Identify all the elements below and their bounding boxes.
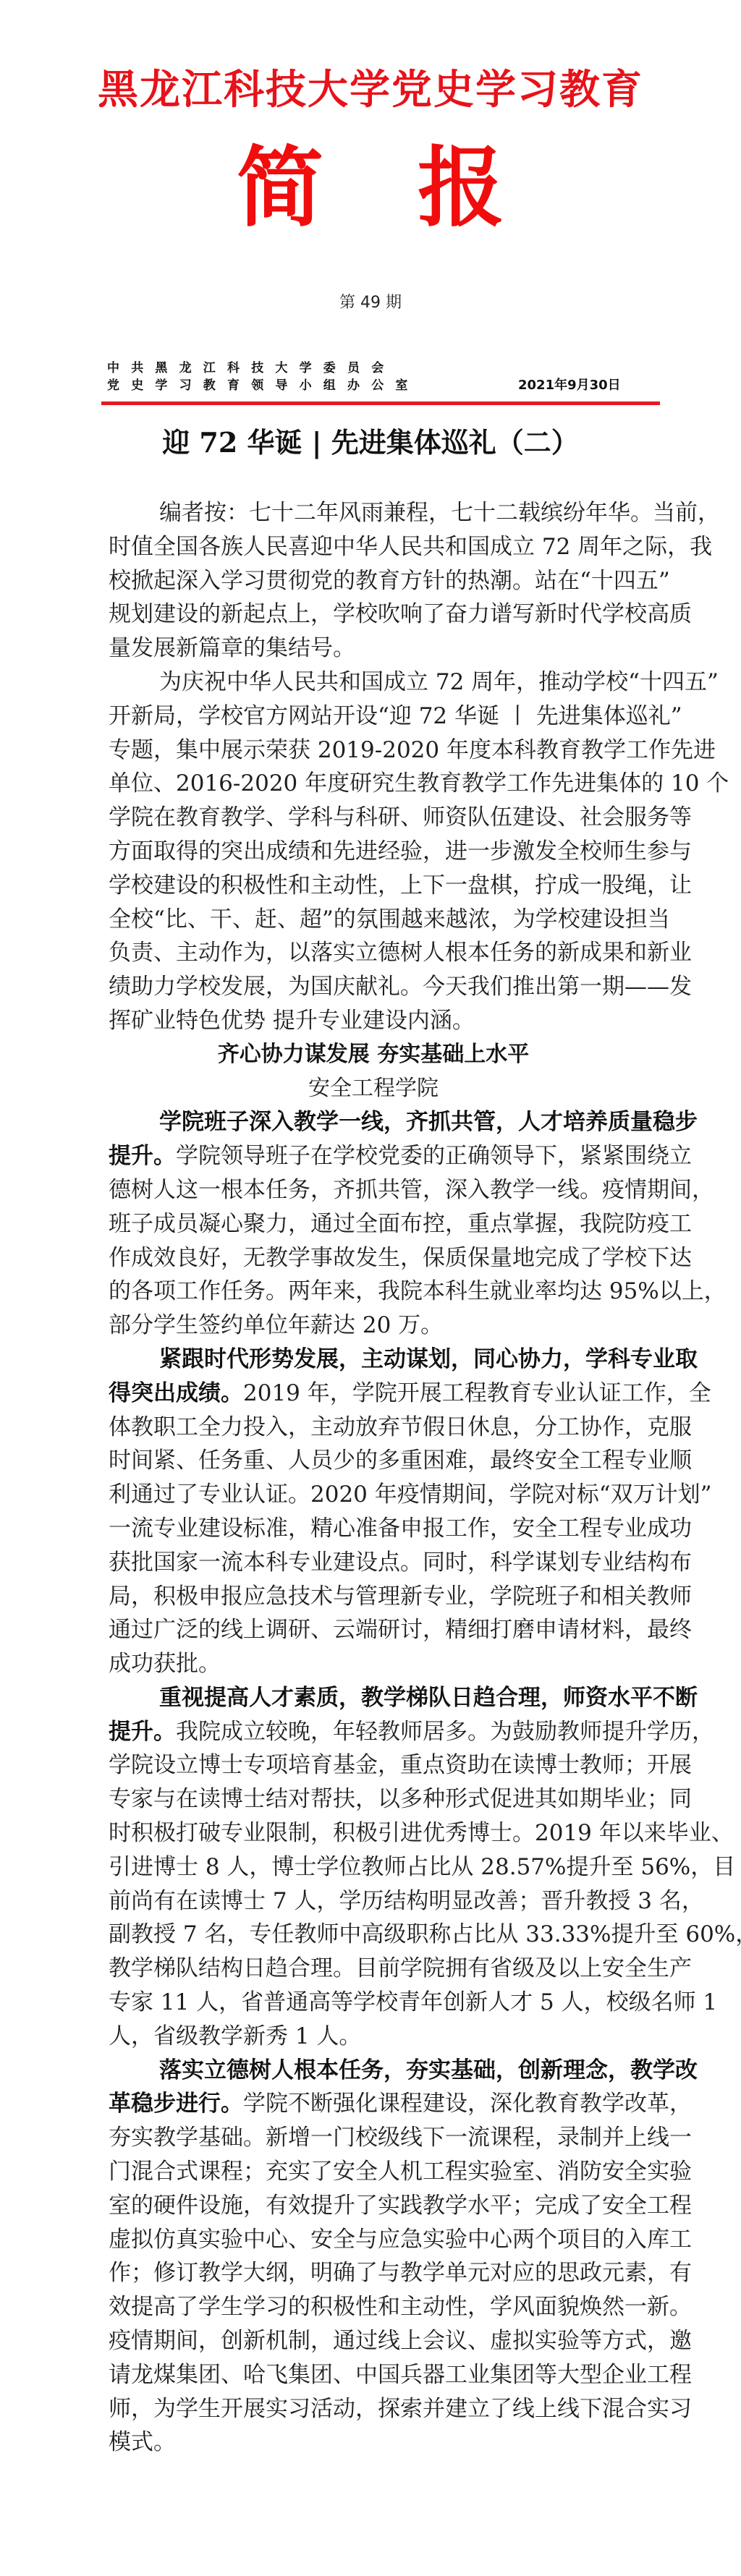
text-line: 体教职工全力投入，主动放弃节假日休息，分工协作，克服: [109, 1411, 638, 1445]
text-line: 校掀起深入学习贯彻党的教育方针的热潮。站在“十四五”: [109, 564, 638, 598]
text-line: 人，省级教学新秀 1 人。: [109, 2020, 638, 2054]
text-line: 通过广泛的线上调研、云端研讨，精细打磨申请材料，最终: [109, 1613, 638, 1647]
text-line: 专家与在读博士结对帮扶，以多种形式促进其如期毕业；同: [109, 1782, 638, 1816]
text-line: 挥矿业特色优势 提升专业建设内涵。: [109, 1004, 638, 1038]
lead-tail: 提升。: [109, 1719, 176, 1745]
college-name: 安全工程学院: [109, 1072, 638, 1106]
lead-text: 学院班子深入教学一线，齐抓共管，人才培养质量稳步: [159, 1109, 698, 1135]
issue-number: 第 49 期: [0, 292, 741, 314]
text-line: 得突出成绩。2019 年，学院开展工程教育专业认证工作，全: [109, 1377, 638, 1411]
lead-tail: 革稳步进行。: [109, 2091, 243, 2117]
text-line: 绩助力学校发展，为国庆献礼。今天我们推出第一期——发: [109, 970, 638, 1004]
text-line: 门混合式课程；充实了安全人机工程实验室、消防安全实验: [109, 2155, 638, 2189]
text-line: 副教授 7 名，专任教师中高级职称占比从 33.33%提升至 60%，: [109, 1918, 638, 1952]
article-headline: 迎 72 华诞 | 先进集体巡礼（二）: [0, 425, 741, 460]
text-line: 提升。我院成立较晚，年轻教师居多。为鼓励教师提升学历，: [109, 1715, 638, 1749]
text-line: 专题，集中展示荣获 2019-2020 年度本科教育教学工作先进: [109, 734, 638, 768]
text-line: 班子成员凝心聚力，通过全面布控，重点掌握，我院防疫工: [109, 1207, 638, 1241]
text-line: 教学梯队结构日趋合理。目前学院拥有省级及以上安全生产: [109, 1952, 638, 1986]
text-line: 师，为学生开展实习活动，探索并建立了线上线下混合实习: [109, 2392, 638, 2426]
text-line: 虚拟仿真实验中心、安全与应急实验中心两个项目的入库工: [109, 2223, 638, 2257]
text-line: 单位、2016-2020 年度研究生教育教学工作先进集体的 10 个: [109, 767, 638, 801]
text-line: 时间紧、任务重、人员少的多重困难，最终安全工程专业顺: [109, 1444, 638, 1478]
lead-text: 紧跟时代形势发展，主动谋划，同心协力，学科专业取: [159, 1346, 698, 1372]
text-line: 编者按：七十二年风雨兼程，七十二载缤纷年华。当前，: [109, 496, 638, 530]
text-line: 提升。学院领导班子在学校党委的正确领导下，紧紧围绕立: [109, 1139, 638, 1173]
org-line-1: 中共黑龙江科技大学委员会: [107, 360, 395, 376]
paragraph: 落实立德树人根本任务，夯实基础，创新理念，教学改 革稳步进行。学院不断强化课程建…: [109, 2054, 638, 2460]
paragraph: 学院班子深入教学一线，齐抓共管，人才培养质量稳步 提升。学院领导班子在学校党委的…: [109, 1105, 638, 1343]
lead-line: 重视提高人才素质，教学梯队日趋合理，师资水平不断: [109, 1681, 638, 1715]
text-line: 获批国家一流本科专业建设点。同时，科学谋划专业结构布: [109, 1546, 638, 1580]
text-line: 室的硬件设施，有效提升了实践教学水平；完成了安全工程: [109, 2189, 638, 2223]
text-line: 时积极打破专业限制，积极引进优秀博士。2019 年以来毕业、: [109, 1816, 638, 1850]
org-line-2: 党史学习教育领导小组办公室: [107, 378, 420, 394]
text-line: 全校“比、干、赶、超”的氛围越来越浓，为学校建设担当: [109, 903, 638, 937]
text-line: 一流专业建设标准，精心准备申报工作，安全工程专业成功: [109, 1512, 638, 1546]
text-line: 部分学生签约单位年薪达 20 万。: [109, 1309, 638, 1343]
lead-line: 落实立德树人根本任务，夯实基础，创新理念，教学改: [109, 2054, 638, 2088]
paragraph: 重视提高人才素质，教学梯队日趋合理，师资水平不断 提升。我院成立较晚，年轻教师居…: [109, 1681, 638, 2054]
text-line: 德树人这一根本任务，齐抓共管，深入教学一线。疫情期间，: [109, 1173, 638, 1207]
red-divider: [101, 401, 660, 405]
text-line: 开新局，学校官方网站开设“迎 72 华诞 丨 先进集体巡礼”: [109, 700, 638, 734]
text-line: 夯实教学基础。新增一门校级线下一流课程，录制并上线一: [109, 2121, 638, 2155]
text-line: 为庆祝中华人民共和国成立 72 周年，推动学校“十四五”: [109, 666, 638, 700]
first-line-rest: 学院领导班子在学校党委的正确领导下，紧紧围绕立: [176, 1143, 692, 1169]
text-line: 学院设立博士专项培育基金，重点资助在读博士教师；开展: [109, 1748, 638, 1782]
text-line: 作成效良好，无教学事故发生，保质保量地完成了学校下达: [109, 1241, 638, 1275]
text-line: 效提高了学生学习的积极性和主动性，学风面貌焕然一新。: [109, 2290, 638, 2324]
text-line: 量发展新篇章的集结号。: [109, 632, 638, 666]
text-line: 前尚有在读博士 7 人，学历结构明显改善；晋升教授 3 名，: [109, 1884, 638, 1918]
text-line: 学院在教育教学、学科与科研、师资队伍建设、社会服务等: [109, 801, 638, 835]
masthead-brief: 简报: [0, 142, 741, 236]
text-line: 革稳步进行。学院不断强化课程建设，深化教育教学改革，: [109, 2087, 638, 2121]
article-body: 编者按：七十二年风雨兼程，七十二载缤纷年华。当前， 时值全国各族人民喜迎中华人民…: [109, 496, 638, 2460]
brief-char-1: 简: [237, 142, 323, 236]
section-title: 齐心协力谋发展 夯实基础上水平: [109, 1038, 638, 1072]
masthead-title: 黑龙江科技大学党史学习教育: [0, 67, 741, 113]
editor-note: 编者按：七十二年风雨兼程，七十二载缤纷年华。当前， 时值全国各族人民喜迎中华人民…: [109, 496, 638, 666]
text-line: 专家 11 人，省普通高等学校青年创新人才 5 人，校级名师 1: [109, 1986, 638, 2020]
text-line: 成功获批。: [109, 1647, 638, 1681]
text-line: 利通过了专业认证。2020 年疫情期间，学院对标“双万计划”: [109, 1478, 638, 1512]
first-line-rest: 2019 年，学院开展工程教育专业认证工作，全: [243, 1380, 711, 1406]
text-line: 模式。: [109, 2426, 638, 2460]
lead-line: 学院班子深入教学一线，齐抓共管，人才培养质量稳步: [109, 1105, 638, 1139]
text-line: 时值全国各族人民喜迎中华人民共和国成立 72 周年之际，我: [109, 530, 638, 564]
text-line: 负责、主动作为，以落实立德树人根本任务的新成果和新业: [109, 936, 638, 970]
first-line-rest: 学院不断强化课程建设，深化教育教学改革，: [243, 2091, 692, 2117]
text-line: 方面取得的突出成绩和先进经验，进一步激发全校师生参与: [109, 835, 638, 869]
lead-text: 落实立德树人根本任务，夯实基础，创新理念，教学改: [159, 2057, 698, 2083]
text-line: 作；修订教学大纲，明确了与教学单元对应的思政元素，有: [109, 2256, 638, 2290]
paragraph: 紧跟时代形势发展，主动谋划，同心协力，学科专业取 得突出成绩。2019 年，学院…: [109, 1343, 638, 1681]
text-line: 引进博士 8 人，博士学位教师占比从 28.57%提升至 56%，目: [109, 1850, 638, 1884]
lead-tail: 提升。: [109, 1143, 176, 1169]
text-line: 的各项工作任务。两年来，我院本科生就业率均达 95%以上，: [109, 1275, 638, 1309]
issue-date: 2021年9月30日: [518, 378, 621, 394]
text-line: 疫情期间，创新机制，通过线上会议、虚拟实验等方式，邀: [109, 2324, 638, 2358]
lead-tail: 得突出成绩。: [109, 1380, 243, 1406]
lead-text: 重视提高人才素质，教学梯队日趋合理，师资水平不断: [159, 1685, 698, 1711]
text-line: 学校建设的积极性和主动性，上下一盘棋，拧成一股绳，让: [109, 869, 638, 903]
intro-paragraph: 为庆祝中华人民共和国成立 72 周年，推动学校“十四五” 开新局，学校官方网站开…: [109, 666, 638, 1038]
text-line: 局，积极申报应急技术与管理新专业，学院班子和相关教师: [109, 1580, 638, 1614]
first-line-rest: 我院成立较晚，年轻教师居多。为鼓励教师提升学历，: [176, 1719, 714, 1745]
lead-line: 紧跟时代形势发展，主动谋划，同心协力，学科专业取: [109, 1343, 638, 1377]
text-line: 规划建设的新起点上，学校吹响了奋力谱写新时代学校高质: [109, 598, 638, 632]
text-line: 请龙煤集团、哈飞集团、中国兵器工业集团等大型企业工程: [109, 2358, 638, 2392]
brief-char-2: 报: [418, 142, 504, 236]
